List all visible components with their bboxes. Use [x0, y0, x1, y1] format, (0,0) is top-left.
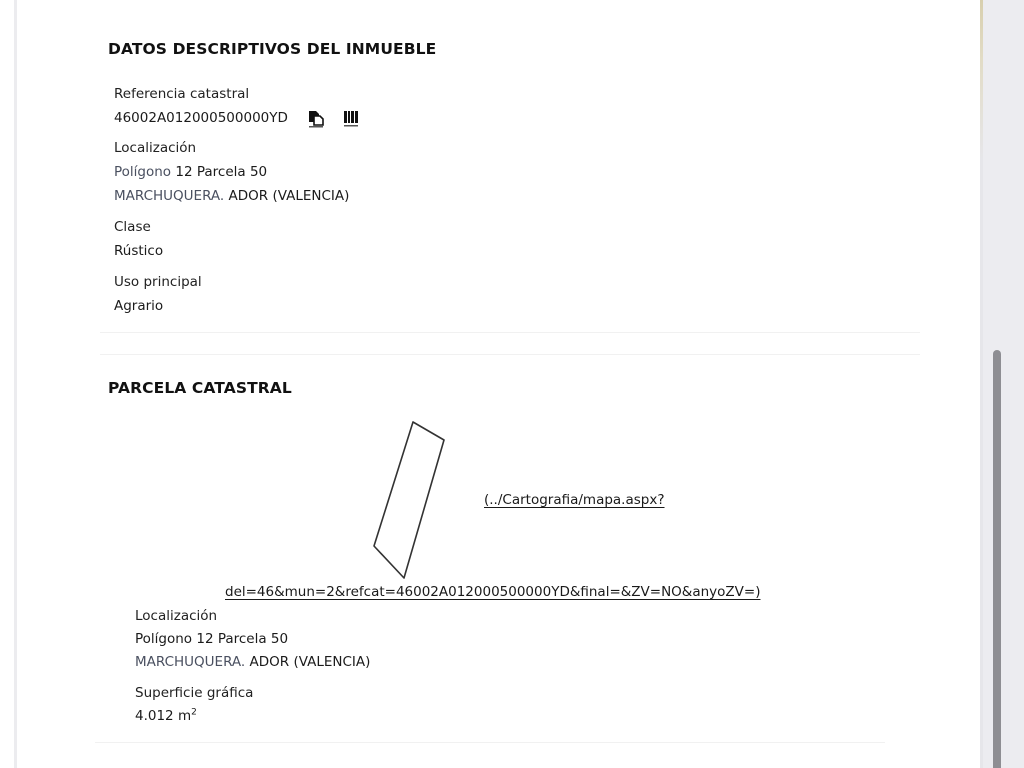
use-label: Uso principal [114, 274, 202, 290]
map-link-line1[interactable]: (../Cartografia/mapa.aspx? [484, 492, 665, 508]
surface-unit-exponent: 2 [191, 708, 197, 718]
section-title-descriptive: DATOS DESCRIPTIVOS DEL INMUEBLE [108, 40, 436, 58]
section-title-parcel: PARCELA CATASTRAL [108, 379, 292, 397]
scrollbar-thumb[interactable] [993, 350, 1001, 768]
divider [95, 742, 885, 743]
class-label: Clase [114, 219, 151, 235]
copy-document-icon[interactable] [308, 110, 324, 128]
location-line1-detail: 12 Parcela 50 [175, 164, 267, 180]
parcel-outline-icon[interactable] [368, 418, 452, 586]
location-line1-prefix: Polígono [114, 164, 171, 180]
location-line1: Polígono 12 Parcela 50 [114, 164, 267, 180]
divider [100, 332, 920, 333]
parcel-location-label: Localización [135, 608, 217, 624]
parcel-location-line2: MARCHUQUERA. ADOR (VALENCIA) [135, 654, 370, 670]
divider [100, 354, 920, 355]
class-value: Rústico [114, 243, 163, 259]
use-value: Agrario [114, 298, 163, 314]
parcel-location-municipality: ADOR (VALENCIA) [250, 654, 371, 670]
parcel-location-line1: Polígono 12 Parcela 50 [135, 631, 288, 647]
vertical-scrollbar[interactable] [983, 0, 1024, 768]
surface-number: 4.012 m [135, 708, 191, 724]
barcode-icon[interactable] [343, 110, 359, 128]
location-line2-place: MARCHUQUERA. [114, 188, 224, 204]
surface-label: Superficie gráfica [135, 685, 253, 701]
location-line2: MARCHUQUERA. ADOR (VALENCIA) [114, 188, 349, 204]
map-link-line2[interactable]: del=46&mun=2&refcat=46002A012000500000YD… [225, 584, 760, 600]
ref-label: Referencia catastral [114, 86, 249, 102]
location-line2-municipality: ADOR (VALENCIA) [229, 188, 350, 204]
surface-value: 4.012 m2 [135, 708, 197, 724]
location-label: Localización [114, 140, 196, 156]
ref-value: 46002A012000500000YD [114, 110, 288, 126]
document-viewport: DATOS DESCRIPTIVOS DEL INMUEBLE Referenc… [0, 0, 1024, 768]
parcel-location-place: MARCHUQUERA. [135, 654, 245, 670]
